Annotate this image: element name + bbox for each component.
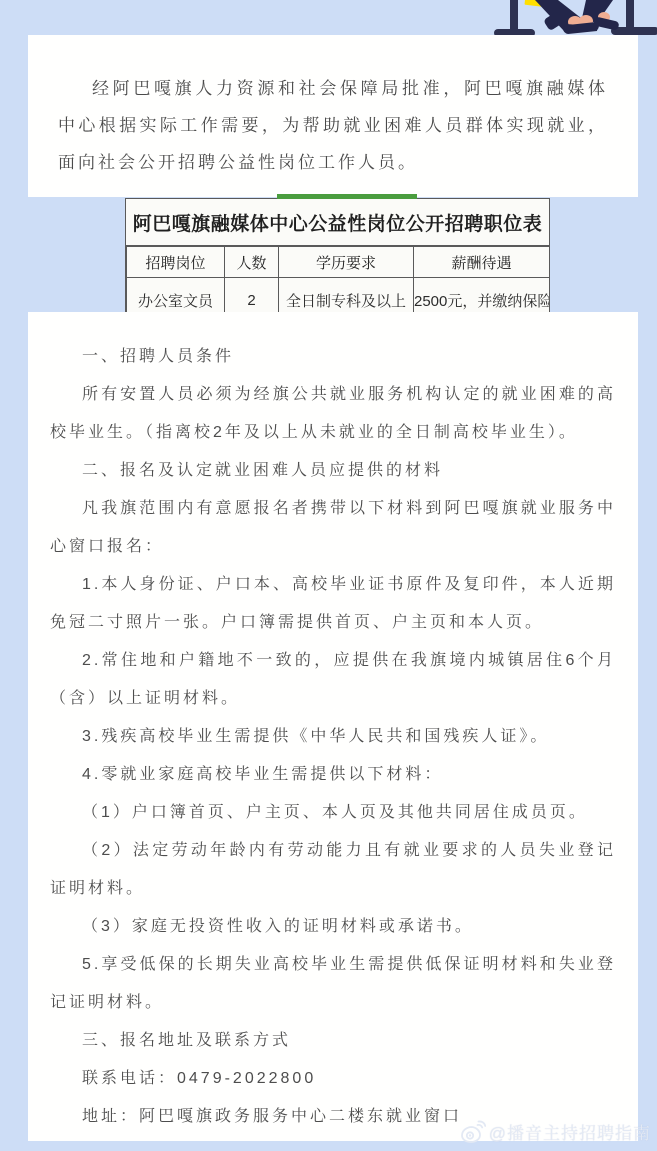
header-salary: 薪酬待遇 <box>414 247 550 278</box>
header-position: 招聘岗位 <box>127 247 225 278</box>
section-3-heading: 三、报名地址及联系方式 <box>50 1022 616 1060</box>
intro-paragraph: 经阿巴嘎旗人力资源和社会保障局批准，阿巴嘎旗融媒体中心根据实际工作需要，为帮助就… <box>58 70 608 181</box>
cell-position: 办公室文员 <box>127 278 225 313</box>
job-table-title: 阿巴嘎旗融媒体中心公益性岗位公开招聘职位表 <box>126 199 549 246</box>
list-item-1: 1.本人身份证、户口本、高校毕业证书原件及复印件，本人近期免冠二寸照片一张。户口… <box>50 566 616 642</box>
paragraph: 凡我旗范围内有意愿报名者携带以下材料到阿巴嘎旗就业服务中心窗口报名： <box>50 490 616 566</box>
watermark: @播音主持招聘指南 <box>460 1119 651 1144</box>
announcement-post: 经阿巴嘎旗人力资源和社会保障局批准，阿巴嘎旗融媒体中心根据实际工作需要，为帮助就… <box>0 0 657 1151</box>
details-card: 一、招聘人员条件 所有安置人员必须为经旗公共就业服务机构认定的就业困难的高校毕业… <box>28 312 638 1141</box>
section-1-heading: 一、招聘人员条件 <box>50 338 616 376</box>
job-table: 招聘岗位 人数 学历要求 薪酬待遇 办公室文员 2 全日制专科及以上 2500元… <box>126 246 550 312</box>
sub-item-2: （2）法定劳动年龄内有劳动能力且有就业要求的人员失业登记证明材料。 <box>50 832 616 908</box>
job-table-header-row: 招聘岗位 人数 学历要求 薪酬待遇 <box>127 247 550 278</box>
illustration-svg <box>485 0 657 40</box>
intro-card: 经阿巴嘎旗人力资源和社会保障局批准，阿巴嘎旗融媒体中心根据实际工作需要，为帮助就… <box>28 35 638 197</box>
list-item-4: 4.零就业家庭高校毕业生需提供以下材料： <box>50 756 616 794</box>
header-education: 学历要求 <box>279 247 414 278</box>
green-divider <box>277 194 417 199</box>
cell-headcount: 2 <box>225 278 279 313</box>
watermark-handle: @播音主持招聘指南 <box>489 1119 651 1144</box>
sub-item-1: （1）户口簿首页、户主页、本人页及其他共同居住成员页。 <box>50 794 616 832</box>
header-headcount: 人数 <box>225 247 279 278</box>
section-2-heading: 二、报名及认定就业困难人员应提供的材料 <box>50 452 616 490</box>
job-table-image: 阿巴嘎旗融媒体中心公益性岗位公开招聘职位表 招聘岗位 人数 学历要求 薪酬待遇 … <box>125 198 550 312</box>
people-on-stools-illustration <box>485 0 657 40</box>
sub-item-3: （3）家庭无投资性收入的证明材料或承诺书。 <box>50 908 616 946</box>
paragraph: 所有安置人员必须为经旗公共就业服务机构认定的就业困难的高校毕业生。（指离校2年及… <box>50 376 616 452</box>
list-item-3: 3.残疾高校毕业生需提供《中华人民共和国残疾人证》。 <box>50 718 616 756</box>
cell-education: 全日制专科及以上 <box>279 278 414 313</box>
list-item-5: 5.享受低保的长期失业高校毕业生需提供低保证明材料和失业登记证明材料。 <box>50 946 616 1022</box>
job-table-row: 办公室文员 2 全日制专科及以上 2500元，并缴纳保险 <box>127 278 550 313</box>
contact-phone: 联系电话：0479-2022800 <box>50 1060 616 1098</box>
cell-salary: 2500元，并缴纳保险 <box>414 278 550 313</box>
list-item-2: 2.常住地和户籍地不一致的，应提供在我旗境内城镇居住6个月（含）以上证明材料。 <box>50 642 616 718</box>
weibo-icon <box>460 1120 486 1144</box>
